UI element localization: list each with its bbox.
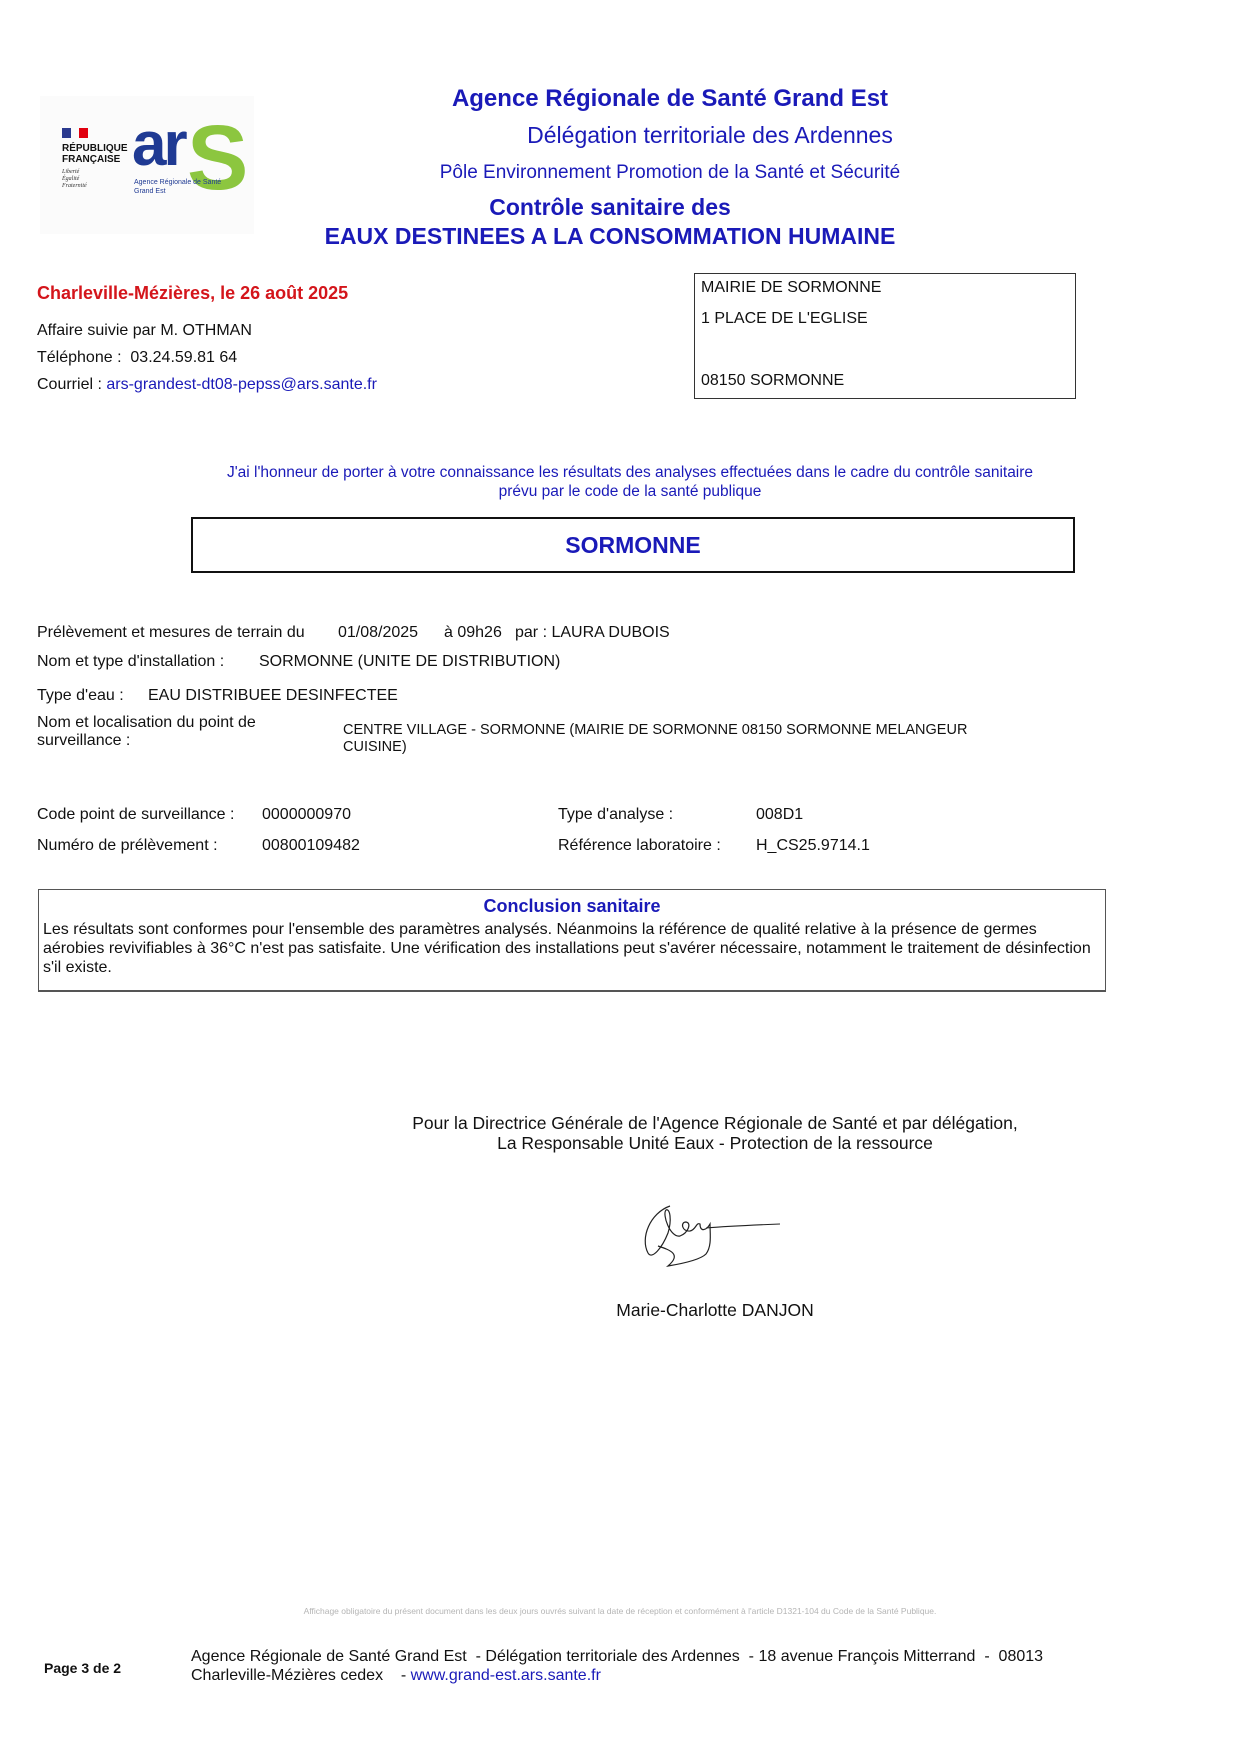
footer-address: Agence Régionale de Santé Grand Est - Dé… bbox=[191, 1647, 1043, 1685]
installation-label: Nom et type d'installation : bbox=[37, 653, 224, 671]
sampling-label: Prélèvement et mesures de terrain du bbox=[37, 624, 305, 642]
place-and-date: Charleville-Mézières, le 26 août 2025 bbox=[37, 283, 348, 304]
ars-subtitle-agency: Agence Régionale de Santé bbox=[134, 179, 221, 186]
republic-motto: Liberté Égalité Fraternité bbox=[62, 169, 87, 190]
intro-text: J'ai l'honneur de porter à votre connais… bbox=[180, 463, 1080, 501]
conclusion-title: Conclusion sanitaire bbox=[39, 896, 1105, 917]
email-link[interactable]: ars-grandest-dt08-pepss@ars.sante.fr bbox=[106, 376, 377, 393]
handwritten-signature-icon bbox=[640, 1198, 785, 1268]
sample-number-value: 00800109482 bbox=[262, 837, 360, 855]
telephone-row: Téléphone : 03.24.59.81 64 bbox=[37, 349, 237, 367]
recipient-line3: 08150 SORMONNE bbox=[701, 372, 844, 390]
telephone-value: 03.24.59.81 64 bbox=[130, 349, 237, 366]
legal-notice: Affichage obligatoire du présent documen… bbox=[150, 1606, 1090, 1616]
point-code-value: 0000000970 bbox=[262, 806, 351, 824]
sampler-label: par : bbox=[515, 624, 547, 641]
email-label: Courriel : bbox=[37, 376, 102, 393]
ars-wordmark: ar bbox=[132, 114, 185, 176]
case-officer: Affaire suivie par M. OTHMAN bbox=[37, 322, 252, 340]
republique-francaise-label: RÉPUBLIQUE FRANÇAISE bbox=[62, 143, 128, 165]
monitoring-point-label: Nom et localisation du point de surveill… bbox=[37, 714, 256, 750]
lab-reference-value: H_CS25.9714.1 bbox=[756, 837, 870, 855]
water-type-label: Type d'eau : bbox=[37, 687, 124, 705]
ars-subtitle-region: Grand Est bbox=[134, 188, 166, 195]
pole-title: Pôle Environnement Promotion de la Santé… bbox=[250, 162, 1090, 184]
monitoring-point-line1: CENTRE VILLAGE - SORMONNE (MAIRIE DE SOR… bbox=[343, 722, 967, 739]
lab-reference-label: Référence laboratoire : bbox=[558, 837, 721, 855]
monitoring-point-label-line1: Nom et localisation du point de bbox=[37, 714, 256, 732]
sampler-name: LAURA DUBOIS bbox=[551, 624, 669, 641]
document-title-line1: Contrôle sanitaire des bbox=[190, 194, 1030, 221]
analysis-type-label: Type d'analyse : bbox=[558, 806, 673, 824]
signature-role-line: La Responsable Unité Eaux - Protection d… bbox=[350, 1133, 1080, 1154]
sampling-date: 01/08/2025 bbox=[338, 624, 418, 642]
agency-title: Agence Régionale de Santé Grand Est bbox=[250, 85, 1090, 113]
intro-line1: J'ai l'honneur de porter à votre connais… bbox=[180, 463, 1080, 482]
recipient-line1: MAIRIE DE SORMONNE bbox=[701, 279, 881, 297]
sampling-time: à 09h26 bbox=[444, 624, 502, 642]
document-title-line2: EAUX DESTINEES A LA CONSOMMATION HUMAINE bbox=[190, 223, 1030, 250]
monitoring-point-label-line2: surveillance : bbox=[37, 732, 256, 750]
email-row: Courriel : ars-grandest-dt08-pepss@ars.s… bbox=[37, 376, 377, 394]
footer-city: Charleville-Mézières cedex - bbox=[191, 1667, 411, 1684]
commune-name: SORMONNE bbox=[565, 532, 700, 559]
conclusion-box: Conclusion sanitaire Les résultats sont … bbox=[38, 889, 1106, 992]
signatory-name: Marie-Charlotte DANJON bbox=[350, 1300, 1080, 1321]
sampler: par : LAURA DUBOIS bbox=[515, 624, 670, 642]
sample-number-label: Numéro de prélèvement : bbox=[37, 837, 218, 855]
installation-value: SORMONNE (UNITE DE DISTRIBUTION) bbox=[259, 653, 560, 671]
signature-delegation-line: Pour la Directrice Générale de l'Agence … bbox=[350, 1113, 1080, 1134]
website-link[interactable]: www.grand-est.ars.sante.fr bbox=[411, 1667, 601, 1684]
analysis-type-value: 008D1 bbox=[756, 806, 803, 824]
footer-address-line1: Agence Régionale de Santé Grand Est - Dé… bbox=[191, 1647, 1043, 1666]
footer-address-line2: Charleville-Mézières cedex - www.grand-e… bbox=[191, 1666, 1043, 1685]
water-type-value: EAU DISTRIBUEE DESINFECTEE bbox=[148, 687, 398, 705]
marianne-flag-icon bbox=[62, 128, 88, 138]
telephone-label: Téléphone : bbox=[37, 349, 122, 366]
delegation-title: Délégation territoriale des Ardennes bbox=[290, 122, 1130, 149]
recipient-line2: 1 PLACE DE L'EGLISE bbox=[701, 310, 868, 328]
conclusion-text: Les résultats sont conformes pour l'ense… bbox=[43, 920, 1093, 977]
recipient-address-box: MAIRIE DE SORMONNE 1 PLACE DE L'EGLISE 0… bbox=[694, 273, 1076, 399]
point-code-label: Code point de surveillance : bbox=[37, 806, 234, 824]
intro-line2: prévu par le code de la santé publique bbox=[180, 482, 1080, 501]
page-number: Page 3 de 2 bbox=[44, 1660, 121, 1676]
commune-box: SORMONNE bbox=[191, 517, 1075, 573]
monitoring-point-line2: CUISINE) bbox=[343, 739, 967, 756]
monitoring-point-value: CENTRE VILLAGE - SORMONNE (MAIRIE DE SOR… bbox=[343, 722, 967, 756]
